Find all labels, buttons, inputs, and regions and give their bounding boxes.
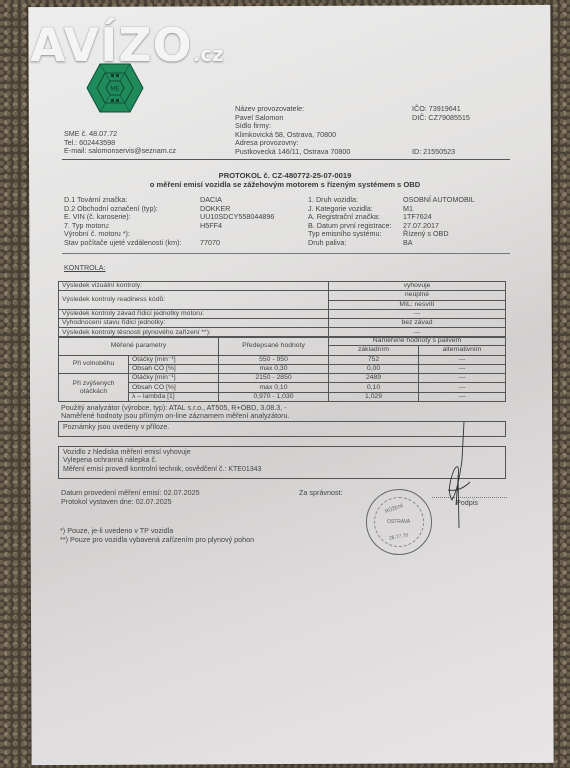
email: E-mail: salomonservis@seznam.cz bbox=[64, 147, 176, 156]
table-row: Při volnoběhu Otáčky [min⁻¹] 550 - 950 7… bbox=[59, 355, 506, 364]
basic-value: 752 bbox=[329, 355, 419, 364]
correctness-label: Za správnost: bbox=[299, 489, 343, 498]
vehicle-field-value: OSOBNÍ AUTOMOBIL bbox=[403, 196, 475, 205]
vehicle-field-label: Stav počítače ujeté vzdálenosti (km): bbox=[64, 239, 181, 248]
signature-scribble-icon bbox=[440, 420, 480, 530]
row-value: --- bbox=[329, 309, 506, 318]
vehicle-divider bbox=[62, 253, 510, 254]
basic-value: 0,00 bbox=[329, 364, 419, 373]
protocol-subtitle: o měření emisí vozidla se zážehovým moto… bbox=[60, 180, 510, 189]
basic-value: 2489 bbox=[329, 374, 419, 383]
notes-text: Poznámky jsou uvedeny v příloze. bbox=[63, 424, 169, 431]
table-row: Výsledek kontroly readiness kódů: neúpln… bbox=[59, 291, 506, 300]
watermark-tld: .cz bbox=[193, 42, 224, 66]
param: Obsah CO [%] bbox=[129, 383, 219, 392]
header-prescribed: Předepsané hodnoty bbox=[219, 337, 329, 356]
prescribed: 550 - 950 bbox=[219, 355, 329, 364]
table-row: Výsledek kontroly závad řídicí jednotky … bbox=[59, 309, 506, 318]
operator-id: ID: 21550523 bbox=[412, 148, 455, 157]
prescribed: 0,970 - 1,030 bbox=[219, 392, 329, 401]
vehicle-field-value: H5FF4 bbox=[200, 222, 274, 231]
prescribed: 2150 - 2850 bbox=[219, 374, 329, 383]
operator-info: Název provozovatele: Pavel Salomon Sídlo… bbox=[235, 105, 350, 157]
header-basic: základním bbox=[329, 346, 419, 355]
row-value: bez závad bbox=[329, 319, 506, 328]
result-box: Vozidlo z hlediska měření emisí vyhovuje… bbox=[58, 446, 506, 479]
kontrola-table: Výsledek vizuální kontroly: vyhovuje Výs… bbox=[58, 281, 506, 338]
technician-line: Měření emisí provedl kontrolní technik, … bbox=[63, 466, 501, 474]
header-alternative: alternativním bbox=[419, 346, 506, 355]
vehicle-labels-right: 1. Druh vozidla:J. Kategorie vozidla:A. … bbox=[308, 196, 392, 248]
row-value: MIL: nesvítí bbox=[329, 300, 506, 309]
company-info: SME č. 48.07.72 Tel.: 602443598 E-mail: … bbox=[64, 130, 176, 156]
alt-value: --- bbox=[419, 355, 506, 364]
notes-box: Poznámky jsou uvedeny v příloze. bbox=[58, 421, 506, 437]
row-label: Výsledek kontroly readiness kódů: bbox=[59, 291, 329, 310]
vehicle-field-value: 77070 bbox=[200, 239, 274, 248]
row-label: Vyhodnocení stavu řídicí jednotky: bbox=[59, 319, 329, 328]
official-stamp-icon: RŮŽENÍ OSTRAVA 28.77.70 bbox=[366, 489, 432, 555]
vehicle-labels-left: D.1 Tovární značka:D.2 Obchodní označení… bbox=[64, 196, 181, 248]
alt-value: --- bbox=[419, 374, 506, 383]
header-measured: Naměřené hodnoty s palivem bbox=[329, 337, 506, 346]
vehicle-field-value: BA bbox=[403, 239, 475, 248]
premises-address: Pustkovecká 146/11, Ostrava 70800 bbox=[235, 148, 350, 157]
dic: DIČ: CZ79085515 bbox=[412, 114, 470, 123]
table-header-row: Měřené parametry Předepsané hodnoty Namě… bbox=[59, 337, 506, 346]
online-note: Naměřené hodnoty jsou přímým on-line záz… bbox=[61, 412, 290, 421]
table-row: Vyhodnocení stavu řídicí jednotky: bez z… bbox=[59, 319, 506, 328]
kontrola-heading: KONTROLA: bbox=[64, 264, 106, 273]
header-divider bbox=[62, 159, 510, 160]
group-label: Při zvýšených otáčkách bbox=[59, 374, 129, 402]
vehicle-values-right: OSOBNÍ AUTOMOBILM11TF762427.07.2017Řízen… bbox=[403, 196, 475, 248]
param: λ – lambda [1] bbox=[129, 392, 219, 401]
basic-value: 1,029 bbox=[329, 392, 419, 401]
vehicle-field-label: Druh paliva: bbox=[308, 239, 392, 248]
param: Obsah CO [%] bbox=[129, 364, 219, 373]
vehicle-field-value: Řízený s OBD bbox=[403, 230, 475, 239]
vehicle-values-left: DACIADOKKERUU10SDCY558044896H5FF4 77070 bbox=[200, 196, 274, 248]
param: Otáčky [min⁻¹] bbox=[129, 355, 219, 364]
table-row: Výsledek vizuální kontroly: vyhovuje bbox=[59, 282, 506, 291]
basic-value: 0,10 bbox=[329, 383, 419, 392]
header-params: Měřené parametry bbox=[59, 337, 219, 356]
alt-value: --- bbox=[419, 383, 506, 392]
protocol-title: PROTOKOL č. CZ-480772-25-07-0019 bbox=[60, 171, 510, 180]
param: Otáčky [min⁻¹] bbox=[129, 374, 219, 383]
prescribed: max 0,10 bbox=[219, 383, 329, 392]
table-row: Při zvýšených otáčkách Otáčky [min⁻¹] 21… bbox=[59, 374, 506, 383]
group-label: Při volnoběhu bbox=[59, 355, 129, 374]
prescribed: max 0,30 bbox=[219, 364, 329, 373]
hexagon-emblem-icon: ME bbox=[86, 63, 144, 113]
row-value: neúplné bbox=[329, 291, 506, 300]
stamp-middle-text: OSTRAVA bbox=[387, 519, 410, 525]
sticker-line: Vylepena ochranná nálepka č. bbox=[63, 457, 501, 465]
row-label: Výsledek vizuální kontroly: bbox=[59, 282, 329, 291]
operator-ids: IČO: 73919641 DIČ: CZ79085515 bbox=[412, 105, 470, 122]
svg-text:ME: ME bbox=[111, 87, 120, 93]
row-value: vyhovuje bbox=[329, 282, 506, 291]
measurements-table: Měřené parametry Předepsané hodnoty Namě… bbox=[58, 336, 506, 402]
footnote-2: **) Pouze pro vozidla vybavená zařízením… bbox=[60, 536, 254, 545]
result-line: Vozidlo z hlediska měření emisí vyhovuje bbox=[63, 449, 501, 457]
alt-value: --- bbox=[419, 392, 506, 401]
issue-date: Protokol vystaven dne: 02.07.2025 bbox=[61, 498, 172, 507]
alt-value: --- bbox=[419, 364, 506, 373]
row-label: Výsledek kontroly závad řídicí jednotky … bbox=[59, 309, 329, 318]
